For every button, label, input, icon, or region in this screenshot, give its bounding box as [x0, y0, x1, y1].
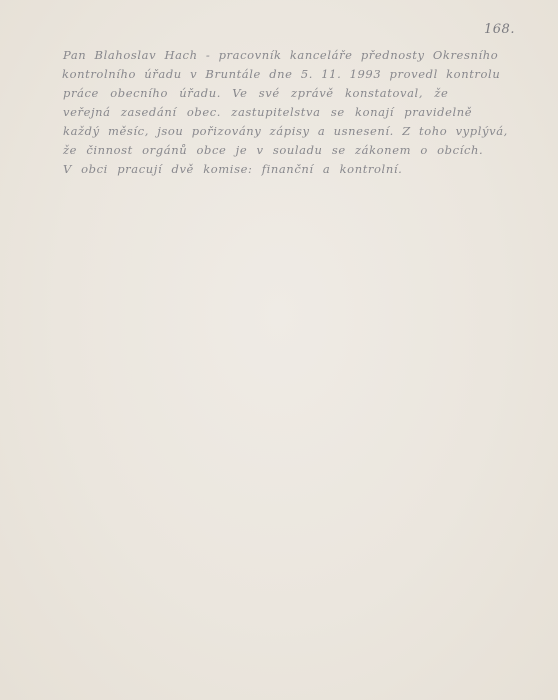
- text-line-4: veřejná zasedání obec. zastupitelstva se…: [63, 105, 472, 119]
- text-line-5: každý měsíc, jsou pořizovány zápisy a us…: [63, 124, 508, 138]
- text-line-6: že činnost orgánů obce je v souladu se z…: [63, 143, 483, 157]
- text-line-2: kontrolního úřadu v Bruntále dne 5. 11. …: [62, 67, 500, 81]
- page-number: 168.: [484, 22, 515, 37]
- text-line-7: V obci pracují dvě komise: finanční a ko…: [63, 162, 402, 176]
- text-line-1: Pan Blahoslav Hach - pracovník kanceláře…: [63, 48, 498, 62]
- document-page: 168. Pan Blahoslav Hach - pracovník kanc…: [0, 0, 558, 700]
- text-line-3: práce obecního úřadu. Ve své zprávě kons…: [63, 86, 448, 100]
